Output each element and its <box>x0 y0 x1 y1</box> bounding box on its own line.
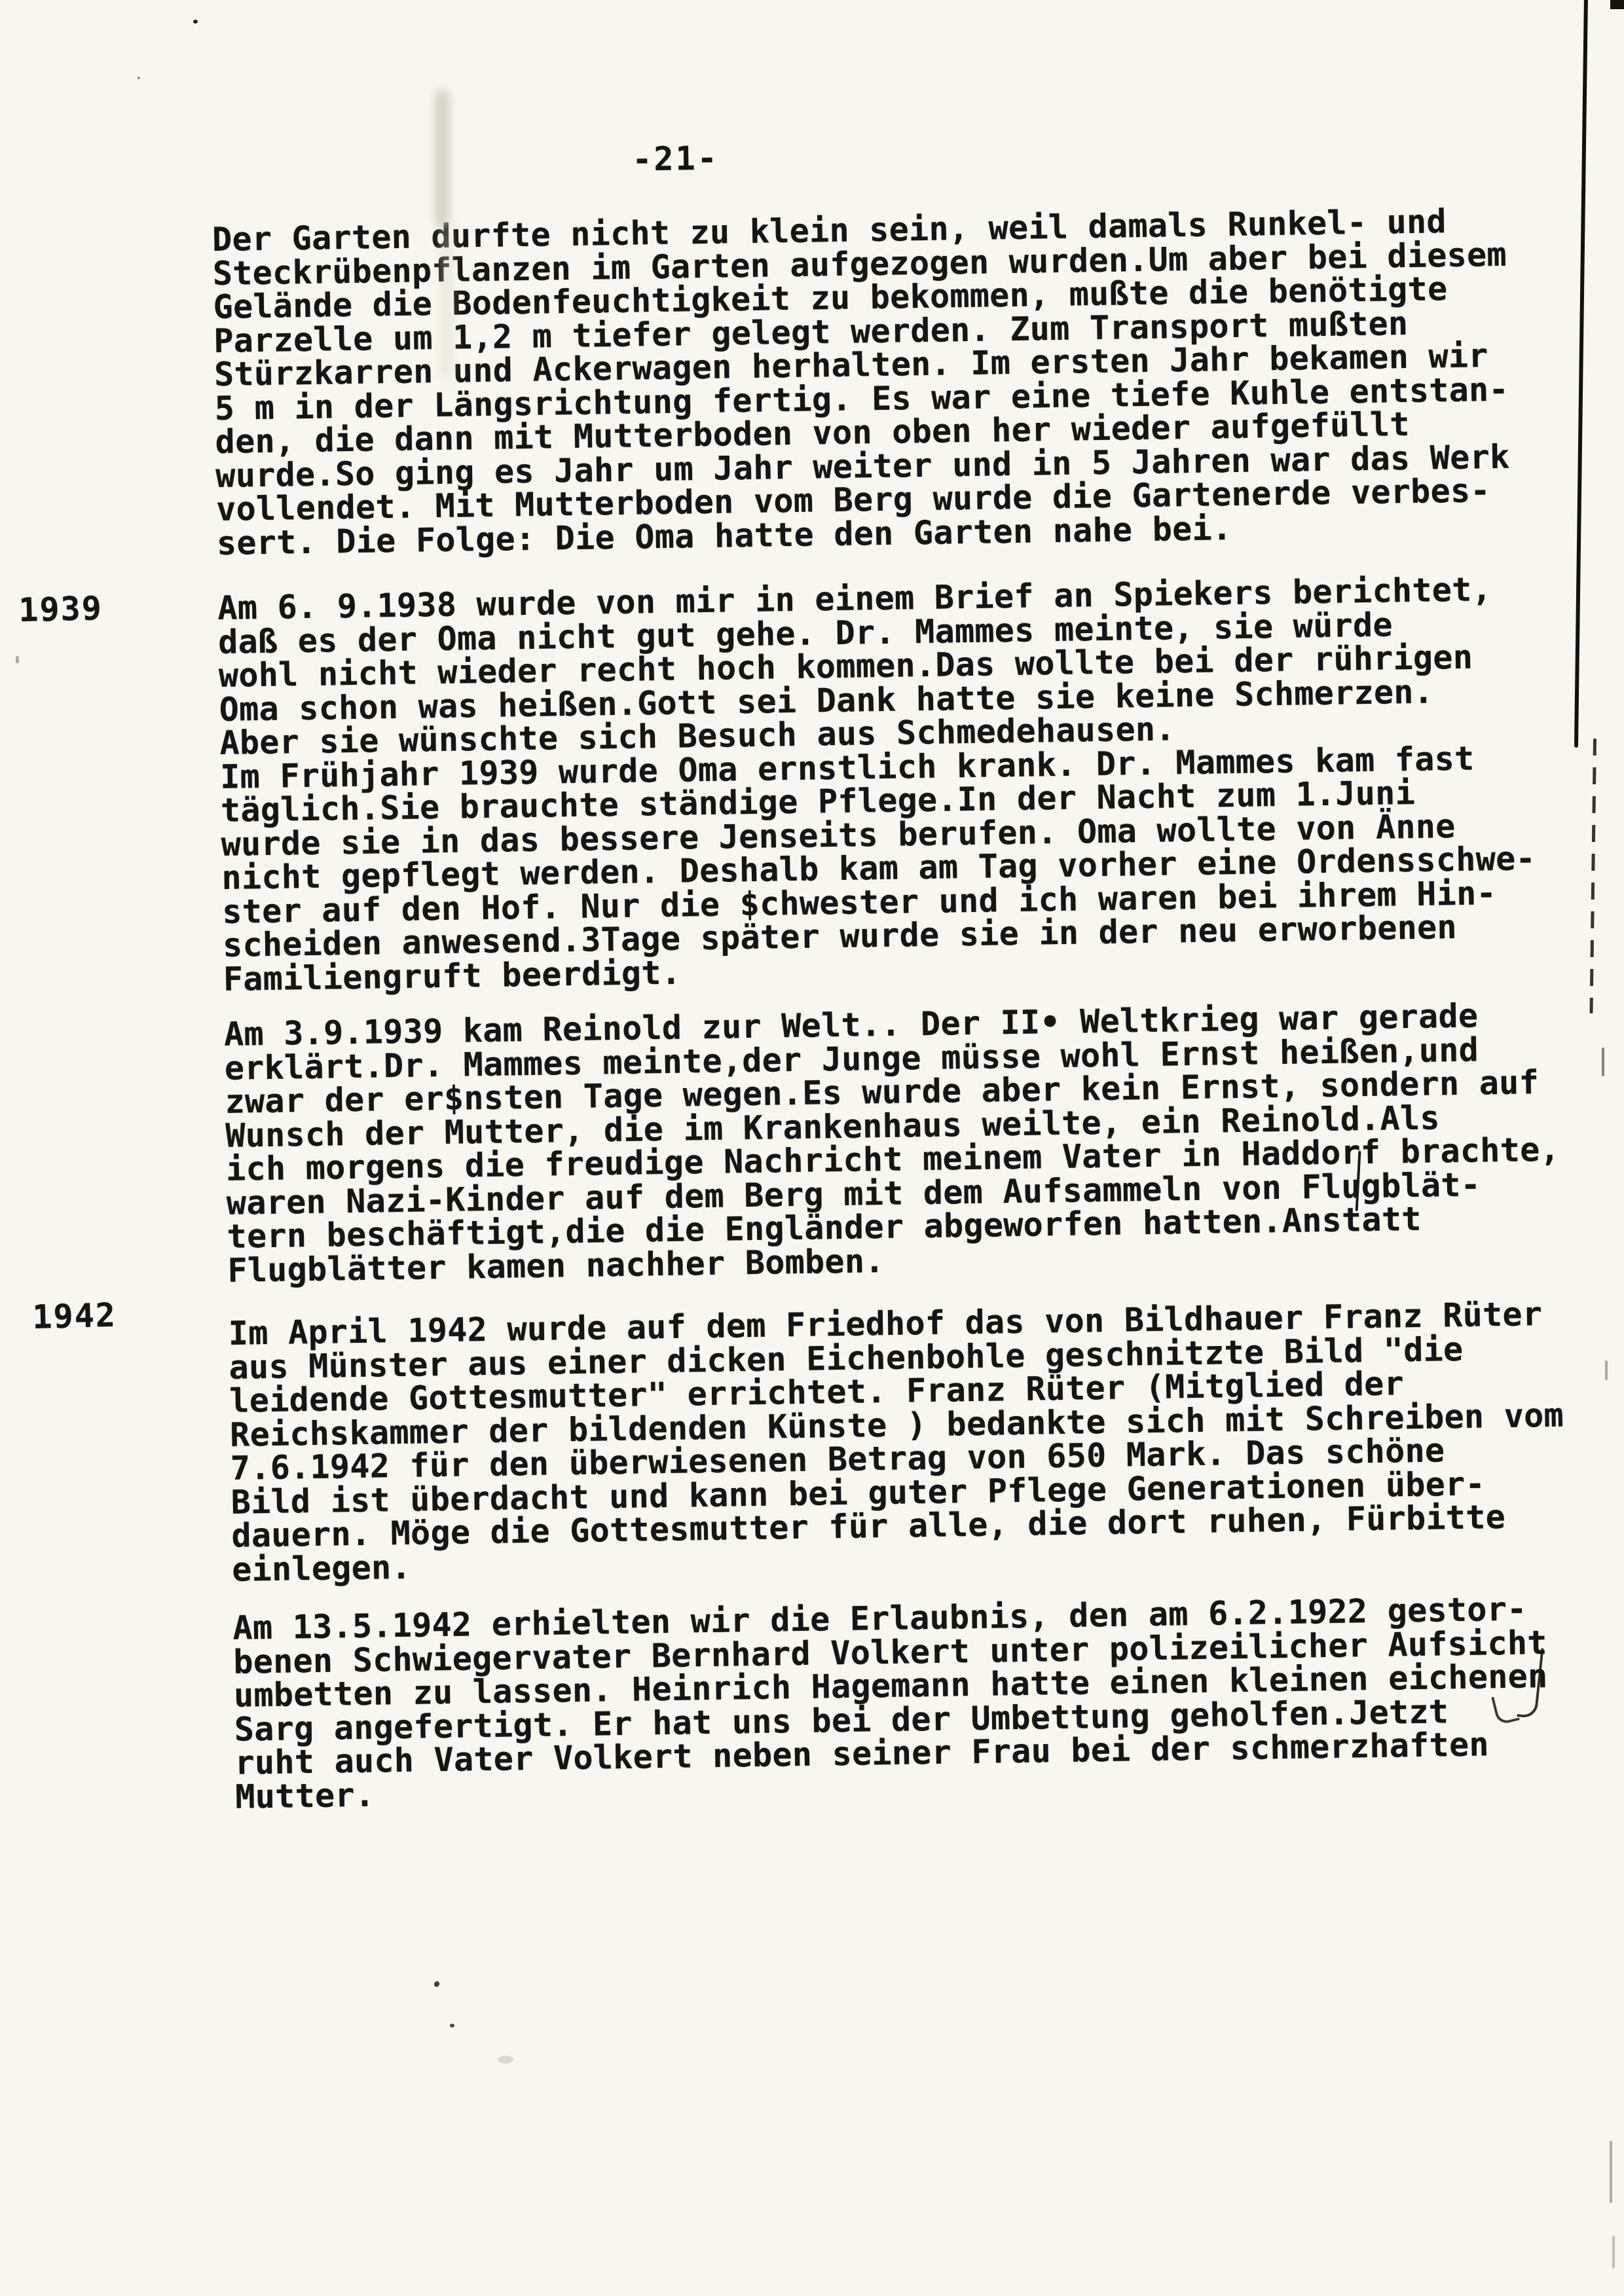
paragraph-garden-story: Der Garten durfte nicht zu klein sein, w… <box>212 203 1579 560</box>
page-number: -21- <box>632 142 719 177</box>
paragraph-oma-illness-1938-1939: Am 6. 9.1938 wurde von mir in einem Brie… <box>217 572 1585 996</box>
scanned-typewritten-page: -21- 1939 1942 Der Garten durfte nicht z… <box>0 0 1624 2296</box>
page-content: -21- 1939 1942 Der Garten durfte nicht z… <box>0 0 1624 2296</box>
margin-year-1942: 1942 <box>32 1299 117 1335</box>
paragraph-reinold-birth-1939: Am 3.9.1939 kam Reinold zur Welt.. Der I… <box>224 998 1590 1288</box>
paragraph-gottesmutter-1942: Im April 1942 wurde auf dem Friedhof das… <box>228 1297 1594 1587</box>
margin-year-1939: 1939 <box>18 592 103 628</box>
paragraph-umbettung-1942: Am 13.5.1942 erhielten wir die Erlaubnis… <box>232 1592 1597 1814</box>
